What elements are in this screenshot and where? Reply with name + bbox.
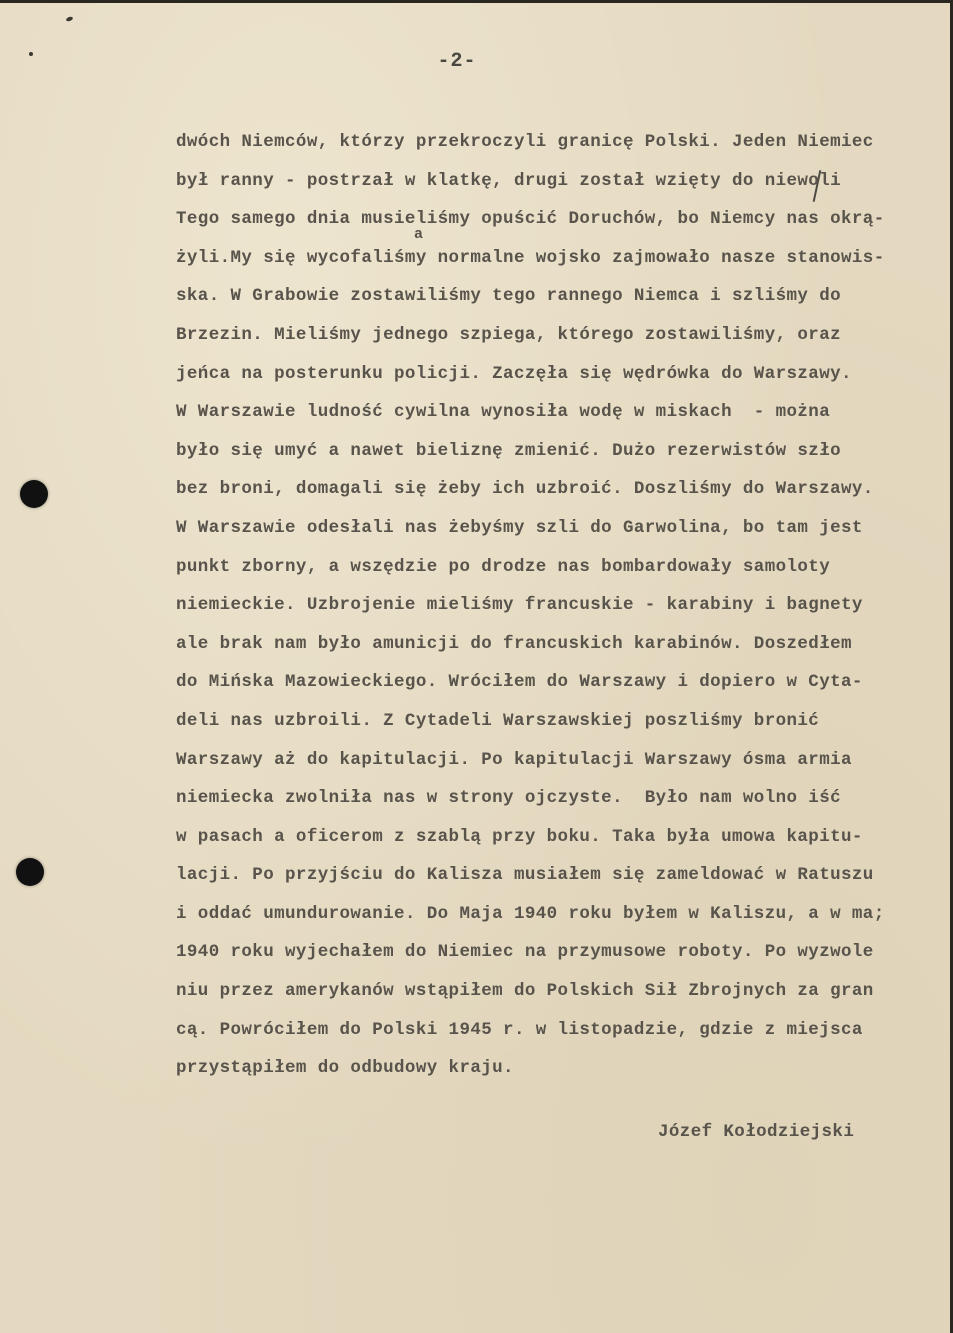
text-line: Brzezin. Mieliśmy jednego szpiega, które… [176, 321, 936, 360]
document-page: -2- a dwóch Niemców, którzy przekroczyli… [0, 0, 953, 1333]
text-line: jeńca na posterunku policji. Zaczęła się… [176, 360, 936, 399]
text-line: przystąpiłem do odbudowy kraju. [176, 1054, 936, 1093]
text-line: i oddać umundurowanie. Do Maja 1940 roku… [176, 900, 936, 939]
text-line: W Warszawie ludność cywilna wynosiła wod… [176, 398, 936, 437]
text-line: punkt zborny, a wszędzie po drodze nas b… [176, 553, 936, 592]
text-line: do Mińska Mazowieckiego. Wróciłem do War… [176, 668, 936, 707]
text-line: było się umyć a nawet bieliznę zmienić. … [176, 437, 936, 476]
text-line: Warszawy aż do kapitulacji. Po kapitulac… [176, 746, 936, 785]
text-line: dwóch Niemców, którzy przekroczyli grani… [176, 128, 936, 167]
text-line: niemieckie. Uzbrojenie mieliśmy francusk… [176, 591, 936, 630]
text-line: w pasach a oficerom z szablą przy boku. … [176, 823, 936, 862]
text-line: bez broni, domagali się żeby ich uzbroić… [176, 475, 936, 514]
page-number: -2- [422, 50, 492, 73]
text-line: ale brak nam było amunicji do francuskic… [176, 630, 936, 669]
text-line: 1940 roku wyjechałem do Niemiec na przym… [176, 938, 936, 977]
text-line: Tego samego dnia musieliśmy opuścić Doru… [176, 205, 936, 244]
ink-speck [29, 52, 33, 56]
signature: Józef Kołodziejski [658, 1122, 854, 1142]
ink-speck [66, 16, 74, 22]
text-line: ska. W Grabowie zostawiliśmy tego ranneg… [176, 282, 936, 321]
punch-hole-top [20, 480, 48, 508]
text-line: niu przez amerykanów wstąpiłem do Polski… [176, 977, 936, 1016]
text-line: deli nas uzbroili. Z Cytadeli Warszawski… [176, 707, 936, 746]
text-line: był ranny - postrzał w klatkę, drugi zos… [176, 167, 936, 206]
punch-hole-bottom [16, 858, 44, 886]
text-line: W Warszawie odesłali nas żebyśmy szli do… [176, 514, 936, 553]
text-line: niemiecka zwolniła nas w strony ojczyste… [176, 784, 936, 823]
text-line: żyli.My się wycofaliśmy normalne wojsko … [176, 244, 936, 283]
scan-top-edge [0, 0, 953, 3]
body-text: dwóch Niemców, którzy przekroczyli grani… [176, 128, 936, 1093]
text-line: lacji. Po przyjściu do Kalisza musiałem … [176, 861, 936, 900]
text-line: cą. Powróciłem do Polski 1945 r. w listo… [176, 1016, 936, 1055]
